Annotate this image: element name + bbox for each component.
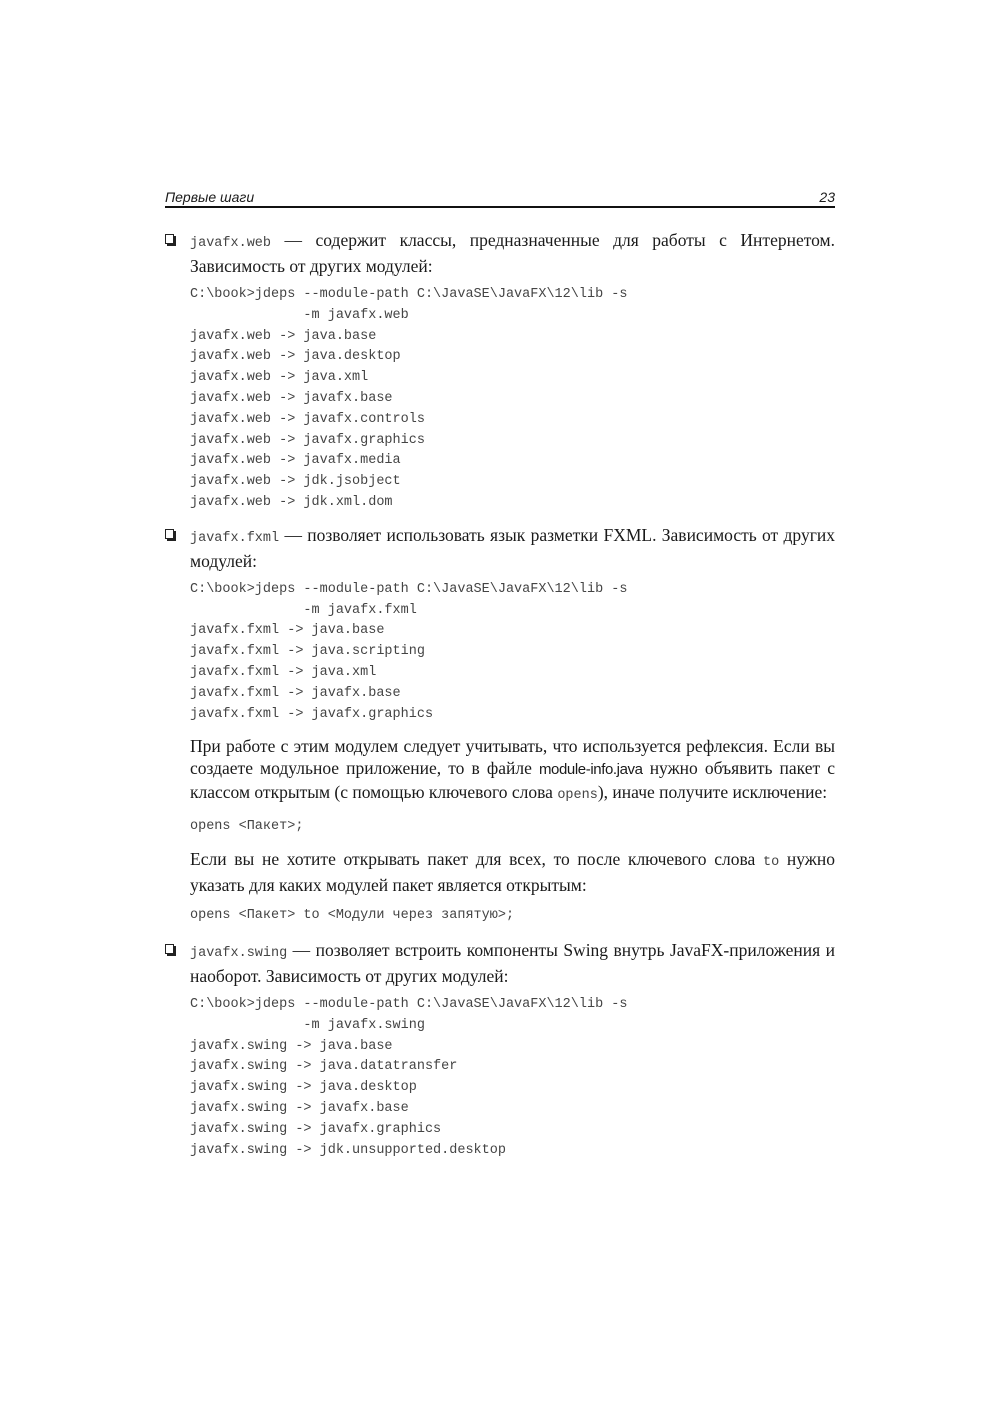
code-snippet: opens <Пакет>; xyxy=(190,817,835,838)
code-block: C:\book>jdeps --module-path C:\JavaSE\Ja… xyxy=(190,995,835,1161)
item-description: javafx.web — содержит классы, предназнач… xyxy=(190,229,835,277)
list-item-javafx-swing: javafx.swing — позволяет встроить компон… xyxy=(165,939,835,1161)
code-snippet: opens <Пакет> to <Модули через запятую>; xyxy=(190,906,835,927)
list-item-javafx-fxml: javafx.fxml — позволяет использовать язы… xyxy=(165,524,835,927)
code-block: C:\book>jdeps --module-path C:\JavaSE\Ja… xyxy=(190,285,835,514)
filename: module-info.java xyxy=(539,761,643,778)
keyword: opens xyxy=(557,788,598,803)
book-page: Первые шаги 23 javafx.web — содержит кла… xyxy=(165,186,835,1161)
module-name: javafx.fxml xyxy=(190,531,279,546)
checkbox-bullet-icon xyxy=(165,944,174,954)
checkbox-bullet-icon xyxy=(165,234,174,244)
page-number: 23 xyxy=(819,189,835,205)
keyword: to xyxy=(763,855,779,870)
item-description: javafx.fxml — позволяет использовать язы… xyxy=(190,524,835,572)
item-description: javafx.swing — позволяет встроить компон… xyxy=(190,939,835,987)
note-paragraph: При работе с этим модулем следует учитыв… xyxy=(190,735,835,807)
checkbox-bullet-icon xyxy=(165,529,174,539)
running-header: Первые шаги 23 xyxy=(165,186,835,208)
module-name: javafx.web xyxy=(190,236,271,251)
list-item-javafx-web: javafx.web — содержит классы, предназнач… xyxy=(165,229,835,514)
module-name: javafx.swing xyxy=(190,946,287,961)
section-title: Первые шаги xyxy=(165,189,254,205)
code-block: C:\book>jdeps --module-path C:\JavaSE\Ja… xyxy=(190,580,835,726)
note-paragraph: Если вы не хотите открывать пакет для вс… xyxy=(190,848,835,896)
